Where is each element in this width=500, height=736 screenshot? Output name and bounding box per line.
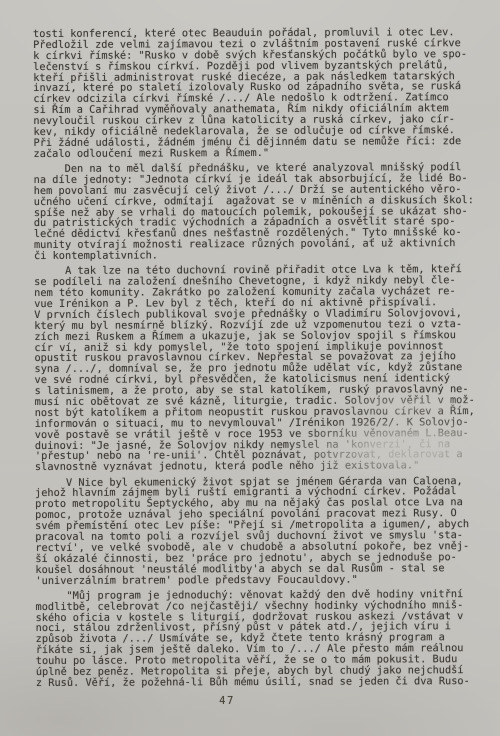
paragraph: "Můj program je jednoduchý: věnovat každ… (35, 589, 490, 689)
text-line: 'univerzálním bratrem' podle představy F… (35, 574, 490, 587)
text-line: začalo odloučení mezi Ruskem a Římem." (34, 147, 489, 160)
paragraph: V Nice byl ekumenický život spjat se jmé… (35, 476, 490, 587)
paragraph: Den na to měl další přednášku, ve které … (34, 162, 489, 262)
page-number: 47 (202, 695, 252, 707)
text-line: slavnostně vyznávat jednotu, která podle… (35, 460, 490, 473)
paragraph: tosti konferencí, které otec Beauduin po… (33, 27, 489, 160)
text-line: z Rusů. Věří, že požehná-li Bůh mému úsi… (36, 676, 491, 689)
page-text: tosti konferencí, které otec Beauduin po… (33, 27, 491, 693)
document-page: tosti konferencí, které otec Beauduin po… (0, 0, 500, 736)
text-line: či kontemplativních. (34, 249, 489, 262)
paragraph: A tak lze na této duchovní rovině přiřad… (34, 264, 490, 473)
